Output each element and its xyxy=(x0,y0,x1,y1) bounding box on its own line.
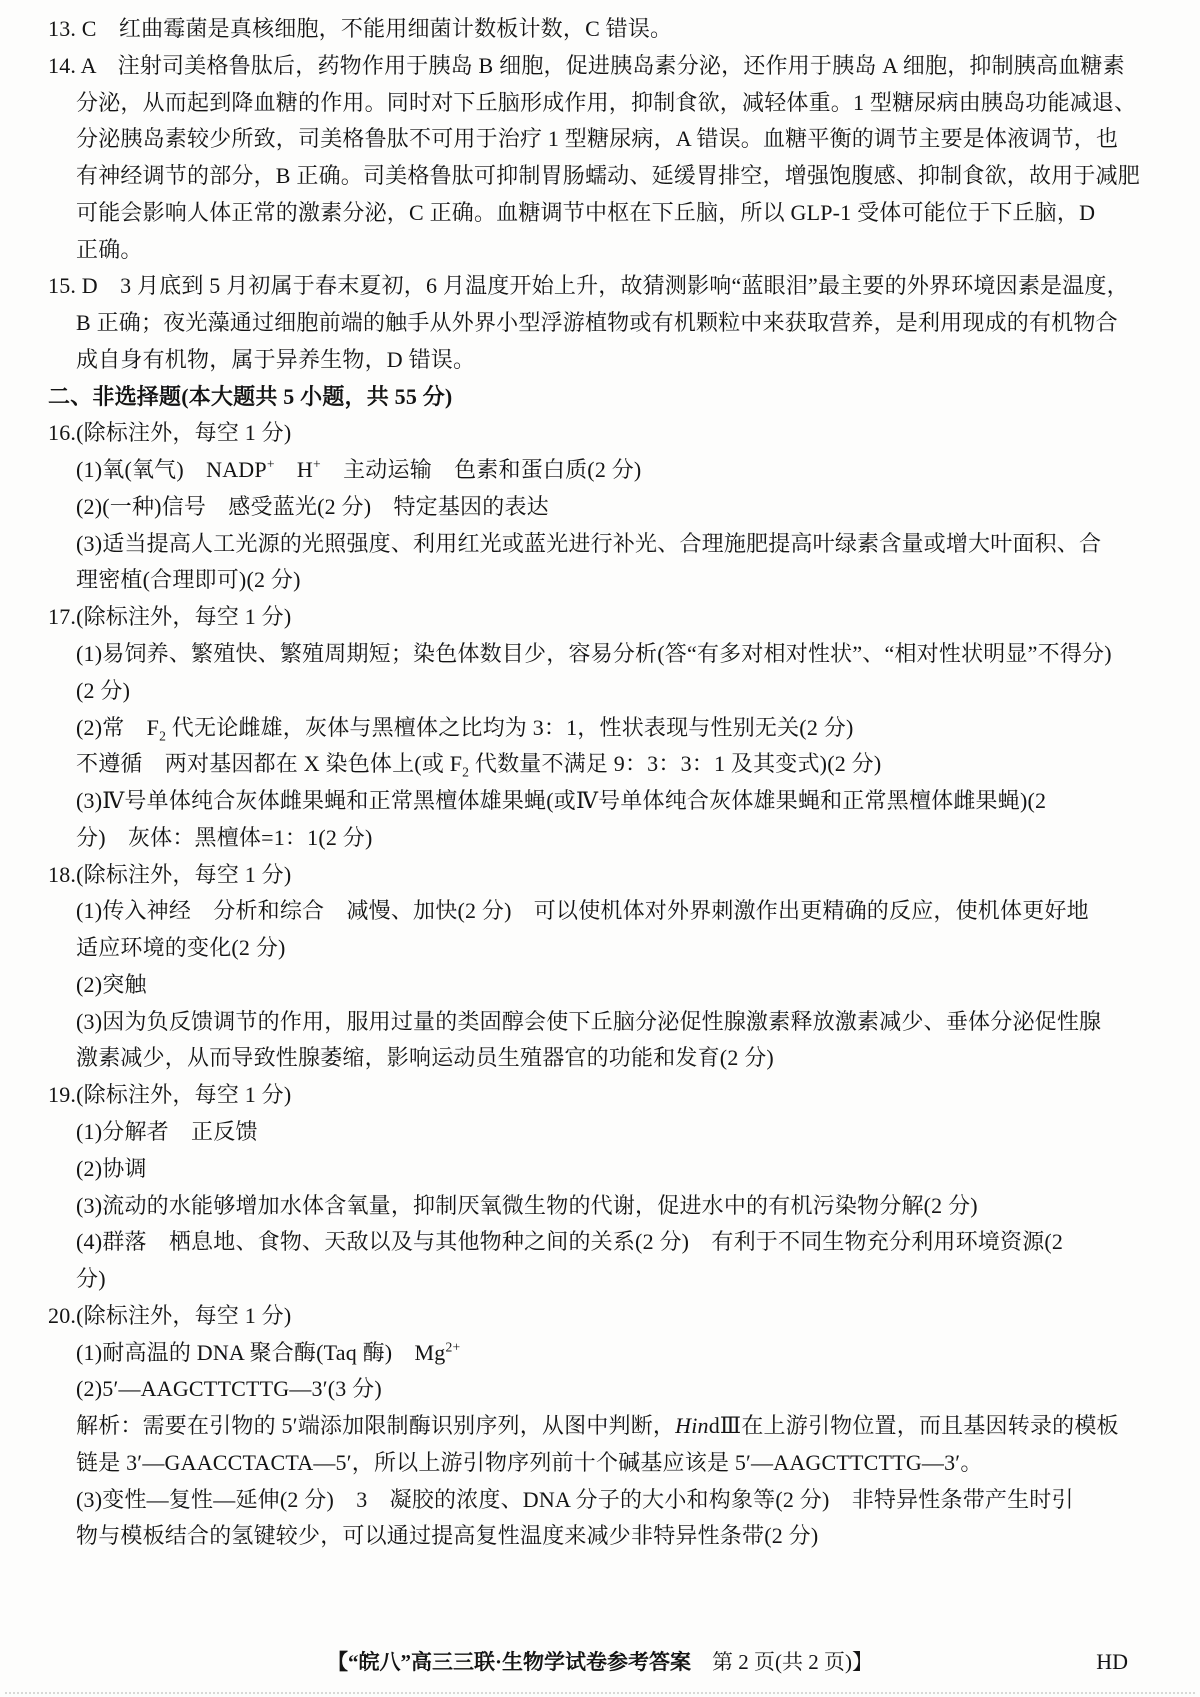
text-segment: 17.(除标注外，每空 1 分) xyxy=(48,604,291,629)
answer-line: 13. C 红曲霉菌是真核细胞，不能用细菌计数板计数，C 错误。 xyxy=(48,11,1170,48)
text-segment: (4)群落 栖息地、食物、天敌以及与其他物种之间的关系(2 分) 有利于不同生物… xyxy=(76,1229,1063,1254)
text-segment: (1)传入神经 分析和综合 减慢、加快(2 分) 可以使机体对外界刺激作出更精确… xyxy=(76,898,1089,923)
answer-line: 分泌胰岛素较少所致，司美格鲁肽不可用于治疗 1 型糖尿病，A 错误。血糖平衡的调… xyxy=(76,121,1170,158)
answer-line: 激素减少，从而导致性腺萎缩，影响运动员生殖器官的功能和发育(2 分) xyxy=(76,1040,1170,1077)
text-segment: 正确。 xyxy=(76,237,143,262)
text-segment: (3)适当提高人工光源的光照强度、利用红光或蓝光进行补光、合理施肥提高叶绿素含量… xyxy=(76,531,1101,556)
answer-line: (2 分) xyxy=(76,673,1170,710)
text-segment: 代无论雌雄，灰体与黑檀体之比均为 3：1，性状表现与性别无关(2 分) xyxy=(166,715,853,740)
answer-line: 正确。 xyxy=(76,232,1170,269)
text-segment: (2)突触 xyxy=(76,972,147,997)
text-segment: (3)因为负反馈调节的作用，服用过量的类固醇会使下丘脑分泌促性腺激素释放激素减少… xyxy=(76,1009,1101,1034)
text-segment: (1)耐高温的 DNA 聚合酶(Taq 酶) Mg xyxy=(76,1340,445,1365)
answer-line: (3)适当提高人工光源的光照强度、利用红光或蓝光进行补光、合理施肥提高叶绿素含量… xyxy=(76,526,1170,563)
text-segment: (1)易饲养、繁殖快、繁殖周期短；染色体数目少，容易分析(答“有多对相对性状”、… xyxy=(76,641,1112,666)
answer-line: 解析：需要在引物的 5′端添加限制酶识别序列，从图中判断，HindⅢ在上游引物位… xyxy=(76,1408,1170,1445)
answer-line: (2)5′—AAGCTTCTTG—3′(3 分) xyxy=(76,1371,1170,1408)
answer-line: 不遵循 两对基因都在 X 染色体上(或 F2 代数量不满足 9：3：3：1 及其… xyxy=(76,746,1170,783)
answer-line: 二、非选择题(本大题共 5 小题，共 55 分) xyxy=(48,379,1170,416)
text-segment: 不遵循 两对基因都在 X 染色体上(或 F xyxy=(76,751,462,776)
answer-line: 20.(除标注外，每空 1 分) xyxy=(48,1298,1170,1335)
text-segment: (3)Ⅳ号单体纯合灰体雌果蝇和正常黑檀体雄果蝇(或Ⅳ号单体纯合灰体雄果蝇和正常黑… xyxy=(76,788,1046,813)
footer-title: 【“皖八”高三三联·生物学试卷参考答案 xyxy=(327,1650,691,1674)
text-segment: H xyxy=(275,457,313,482)
text-segment: (2)(一种)信号 感受蓝光(2 分) 特定基因的表达 xyxy=(76,494,549,519)
text-segment: (1)分解者 正反馈 xyxy=(76,1119,258,1144)
answer-line: (3)因为负反馈调节的作用，服用过量的类固醇会使下丘脑分泌促性腺激素释放激素减少… xyxy=(76,1004,1170,1041)
exam-answer-page: 13. C 红曲霉菌是真核细胞，不能用细菌计数板计数，C 错误。14. A 注射… xyxy=(0,0,1200,1697)
answer-text-block: 13. C 红曲霉菌是真核细胞，不能用细菌计数板计数，C 错误。14. A 注射… xyxy=(48,11,1170,1555)
answer-line: 分) xyxy=(76,1261,1170,1298)
text-segment: 适应环境的变化(2 分) xyxy=(76,935,286,960)
answer-line: 适应环境的变化(2 分) xyxy=(76,930,1170,967)
sup-text-segment: + xyxy=(313,457,321,472)
text-segment: (3)变性—复性—延伸(2 分) 3 凝胶的浓度、DNA 分子的大小和构象等(2… xyxy=(76,1487,1074,1512)
answer-line: (2)(一种)信号 感受蓝光(2 分) 特定基因的表达 xyxy=(76,489,1170,526)
answer-line: B 正确；夜光藻通过细胞前端的触手从外界小型浮游植物或有机颗粒中来获取营养，是利… xyxy=(76,305,1170,342)
answer-line: 分) 灰体：黑檀体=1：1(2 分) xyxy=(76,820,1170,857)
answer-line: (4)群落 栖息地、食物、天敌以及与其他物种之间的关系(2 分) 有利于不同生物… xyxy=(76,1224,1170,1261)
answer-line: (3)变性—复性—延伸(2 分) 3 凝胶的浓度、DNA 分子的大小和构象等(2… xyxy=(76,1482,1170,1519)
answer-line: (1)氧(氧气) NADP+ H+ 主动运输 色素和蛋白质(2 分) xyxy=(76,452,1170,489)
text-segment: (2)5′—AAGCTTCTTG—3′(3 分) xyxy=(76,1376,382,1401)
answer-line: (2)协调 xyxy=(76,1151,1170,1188)
answer-line: 可能会影响人体正常的激素分泌，C 正确。血糖调节中枢在下丘脑，所以 GLP-1 … xyxy=(76,195,1170,232)
text-segment: 分泌胰岛素较少所致，司美格鲁肽不可用于治疗 1 型糖尿病，A 错误。血糖平衡的调… xyxy=(76,126,1118,151)
text-segment: 分) 灰体：黑檀体=1：1(2 分) xyxy=(76,825,373,850)
text-segment: (2)常 F xyxy=(76,715,159,740)
text-segment: 链是 3′—GAACCTACTA—5′，所以上游引物序列前十个碱基应该是 5′—… xyxy=(76,1450,983,1475)
text-segment: dⅢ在上游引物位置，而且基因转录的模板 xyxy=(709,1413,1119,1438)
answer-line: 理密植(合理即可)(2 分) xyxy=(76,562,1170,599)
text-segment: B 正确；夜光藻通过细胞前端的触手从外界小型浮游植物或有机颗粒中来获取营养，是利… xyxy=(76,310,1118,335)
answer-line: (2)常 F2 代无论雌雄，灰体与黑檀体之比均为 3：1，性状表现与性别无关(2… xyxy=(76,710,1170,747)
sup-text-segment: + xyxy=(267,457,275,472)
text-segment: 14. A 注射司美格鲁肽后，药物作用于胰岛 B 细胞，促进胰岛素分泌，还作用于… xyxy=(48,53,1125,78)
text-segment: 理密植(合理即可)(2 分) xyxy=(76,567,301,592)
text-segment: 16.(除标注外，每空 1 分) xyxy=(48,420,291,445)
text-segment: 分) xyxy=(76,1266,106,1291)
text-segment: 成自身有机物，属于异养生物，D 错误。 xyxy=(76,347,475,372)
answer-line: 分泌，从而起到降血糖的作用。同时对下丘脑形成作用，抑制食欲，减轻体重。1 型糖尿… xyxy=(76,85,1170,122)
answer-line: (1)易饲养、繁殖快、繁殖周期短；染色体数目少，容易分析(答“有多对相对性状”、… xyxy=(76,636,1170,673)
answer-line: 有神经调节的部分，B 正确。司美格鲁肽可抑制胃肠蠕动、延缓胃排空，增强饱腹感、抑… xyxy=(76,158,1170,195)
text-segment: 分泌，从而起到降血糖的作用。同时对下丘脑形成作用，抑制食欲，减轻体重。1 型糖尿… xyxy=(76,90,1136,115)
answer-line: (2)突触 xyxy=(76,967,1170,1004)
scan-artifact-line xyxy=(5,1692,1195,1694)
text-segment: 激素减少，从而导致性腺萎缩，影响运动员生殖器官的功能和发育(2 分) xyxy=(76,1045,774,1070)
answer-line: 19.(除标注外，每空 1 分) xyxy=(48,1077,1170,1114)
answer-line: (3)Ⅳ号单体纯合灰体雌果蝇和正常黑檀体雄果蝇(或Ⅳ号单体纯合灰体雄果蝇和正常黑… xyxy=(76,783,1170,820)
text-segment: (2)协调 xyxy=(76,1156,147,1181)
text-segment: 代数量不满足 9：3：3：1 及其变式)(2 分) xyxy=(469,751,881,776)
answer-line: 18.(除标注外，每空 1 分) xyxy=(48,857,1170,894)
page-footer: 【“皖八”高三三联·生物学试卷参考答案 第 2 页(共 2 页)】 xyxy=(0,1648,1200,1676)
answer-line: 15. D 3 月底到 5 月初属于春末夏初，6 月温度开始上升，故猜测影响“蓝… xyxy=(48,268,1170,305)
i-text-segment: Hin xyxy=(675,1413,709,1438)
answer-line: (1)传入神经 分析和综合 减慢、加快(2 分) 可以使机体对外界刺激作出更精确… xyxy=(76,893,1170,930)
answer-line: (1)耐高温的 DNA 聚合酶(Taq 酶) Mg2+ xyxy=(76,1335,1170,1372)
text-segment: 物与模板结合的氢键较少，可以通过提高复性温度来减少非特异性条带(2 分) xyxy=(76,1523,818,1548)
text-segment: 20.(除标注外，每空 1 分) xyxy=(48,1303,291,1328)
answer-line: 16.(除标注外，每空 1 分) xyxy=(48,415,1170,452)
text-segment: 18.(除标注外，每空 1 分) xyxy=(48,862,291,887)
text-segment: 可能会影响人体正常的激素分泌，C 正确。血糖调节中枢在下丘脑，所以 GLP-1 … xyxy=(76,200,1095,225)
text-segment: 13. C 红曲霉菌是真核细胞，不能用细菌计数板计数，C 错误。 xyxy=(48,16,672,41)
answer-line: 链是 3′—GAACCTACTA—5′，所以上游引物序列前十个碱基应该是 5′—… xyxy=(76,1445,1170,1482)
answer-line: 17.(除标注外，每空 1 分) xyxy=(48,599,1170,636)
text-segment: 19.(除标注外，每空 1 分) xyxy=(48,1082,291,1107)
text-segment: (3)流动的水能够增加水体含氧量，抑制厌氧微生物的代谢，促进水中的有机污染物分解… xyxy=(76,1193,978,1218)
answer-line: 成自身有机物，属于异养生物，D 错误。 xyxy=(76,342,1170,379)
answer-line: (1)分解者 正反馈 xyxy=(76,1114,1170,1151)
answer-line: 14. A 注射司美格鲁肽后，药物作用于胰岛 B 细胞，促进胰岛素分泌，还作用于… xyxy=(48,48,1170,85)
footer-page-indicator: 第 2 页(共 2 页)】 xyxy=(691,1650,873,1674)
text-segment: 15. D 3 月底到 5 月初属于春末夏初，6 月温度开始上升，故猜测影响“蓝… xyxy=(48,273,1129,298)
answer-line: (3)流动的水能够增加水体含氧量，抑制厌氧微生物的代谢，促进水中的有机污染物分解… xyxy=(76,1188,1170,1225)
text-segment: 有神经调节的部分，B 正确。司美格鲁肽可抑制胃肠蠕动、延缓胃排空，增强饱腹感、抑… xyxy=(76,163,1140,188)
text-segment: (1)氧(氧气) NADP xyxy=(76,457,267,482)
text-segment: (2 分) xyxy=(76,678,130,703)
text-segment: 二、非选择题(本大题共 5 小题，共 55 分) xyxy=(48,384,452,409)
sup-text-segment: 2+ xyxy=(445,1339,460,1354)
text-segment: 主动运输 色素和蛋白质(2 分) xyxy=(321,457,642,482)
answer-line: 物与模板结合的氢键较少，可以通过提高复性温度来减少非特异性条带(2 分) xyxy=(76,1518,1170,1555)
text-segment: 解析：需要在引物的 5′端添加限制酶识别序列，从图中判断， xyxy=(76,1413,675,1438)
footer-code: HD xyxy=(1096,1648,1128,1676)
